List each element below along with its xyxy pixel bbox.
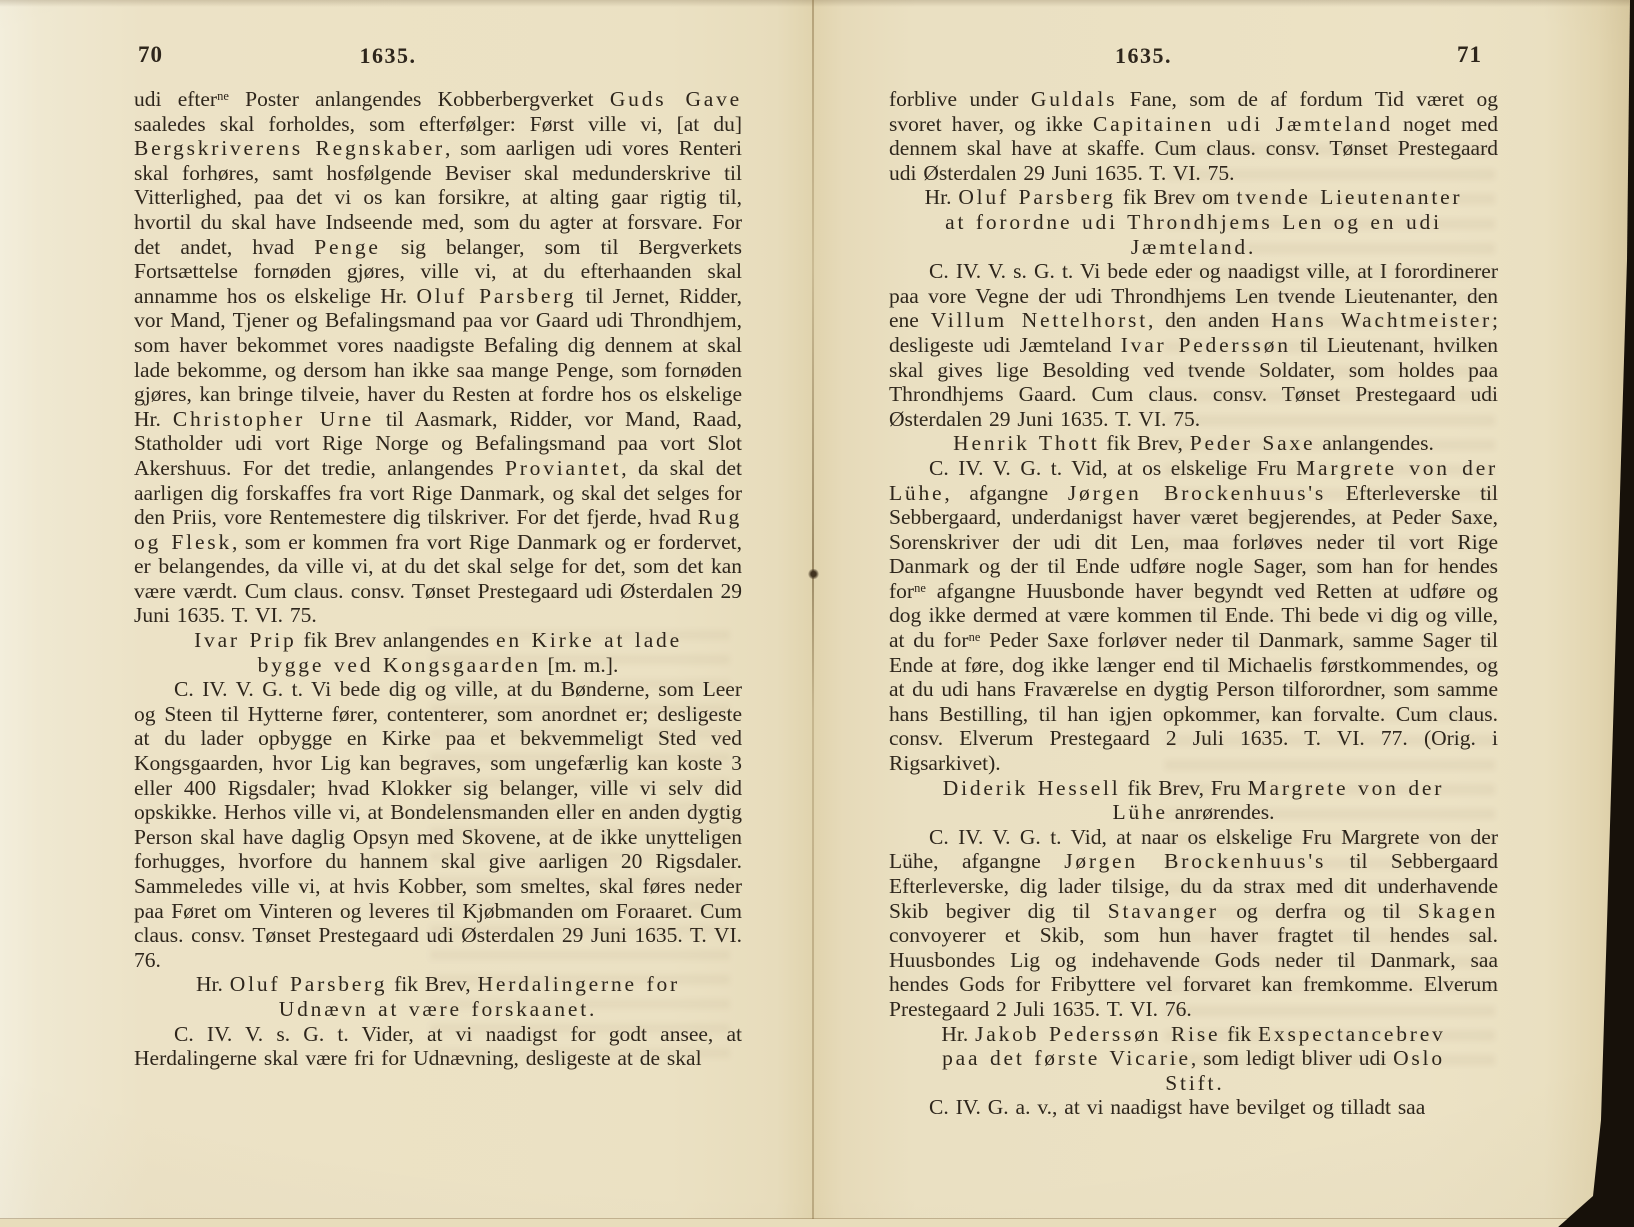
letterspaced-name: Bergskriverens Regnskaber [134,136,445,160]
letterspaced-name: Guds Gave [610,87,742,111]
text-run: fik Brev anlangendes [297,628,496,652]
text-run: Hr. [196,972,230,996]
section-heading: Ivar Prip fik Brev anlangendes en Kirke … [134,628,742,677]
letterspaced-name: Stavanger [1108,899,1219,923]
section-heading: Diderik Hessell fik Brev, Fru Margrete v… [889,776,1498,825]
paragraph: C. IV. V. s. G. t. Vider, at vi naadigst… [134,1022,742,1071]
text-run: Poster anlangendes Kobberbergverket [229,87,610,111]
text-run: anrørendes. [1168,800,1275,824]
section-heading: Hr. Oluf Parsberg fik Brev om tvende Lie… [889,185,1498,259]
paragraph: forblive under Guldals Fane, som de af f… [889,87,1498,185]
paragraph: C. IV. G. a. v., at vi naadigst have bev… [889,1095,1498,1120]
letterspaced-name: Skagen [1418,899,1498,923]
text-run: , den anden [1148,308,1271,332]
text-run: fik Brev, Fru [1121,776,1248,800]
text-run: [m. m.]. [541,653,619,677]
stitch-hole [808,569,819,579]
text-run: , afgangne [944,481,1068,505]
text-run: , som ledigt bliver udi [1191,1046,1393,1070]
text-run: udi efter [134,87,217,111]
running-head-year-right: 1635. [839,43,1448,69]
letterspaced-name: Henrik Thott [953,431,1099,455]
text-run: C. IV. G. a. v., at vi naadigst have bev… [929,1095,1425,1119]
letterspaced-name: Peder Saxe [1190,431,1316,455]
letterspaced-name: Hans Wachtmeister [1271,308,1492,332]
text-run: convoyerer et Skib, som hun haver fragte… [889,923,1498,1021]
abbreviation-superscript: ne [969,630,981,644]
text-run: saaledes skal forholdes, som efterfølger… [134,112,742,136]
book-scan-stage: 70 1635. udi efterne Poster anlangendes … [0,0,1634,1227]
text-run: . [1216,1071,1221,1095]
letterspaced-name: Diderik Hessell [943,776,1121,800]
text-run: anlangendes. [1315,431,1434,455]
letterspaced-name: Villum Nettelhorst [931,308,1148,332]
letterspaced-name: Jørgen Brockenhuus's [1064,849,1326,873]
text-run: C. IV. V. G. t. Vid, at os elskelige Fru [929,456,1296,480]
abbreviation-superscript: ne [914,581,926,595]
paragraph: C. IV. V. G. t. Vid, at os elskelige Fru… [889,456,1498,776]
under-leaf-edge [0,1219,1584,1227]
text-run: Hr. [925,185,959,209]
book-spread: 70 1635. udi efterne Poster anlangendes … [0,0,1634,1227]
text-run: forblive under [889,87,1031,111]
paragraph: C. IV. V. s. G. t. Vi bede eder og naadi… [889,259,1498,431]
gutter-fold-line [812,0,814,1227]
page-left-header: 70 1635. [134,40,742,87]
letterspaced-name: Christopher Urne [173,407,374,431]
page-left: 70 1635. udi efterne Poster anlangendes … [134,40,742,1071]
section-heading: Hr. Oluf Parsberg fik Brev, Herdalingern… [134,972,742,1021]
text-run: C. IV. V. G. t. Vi bede dig og ville, at… [134,677,742,972]
text-run: C. IV. V. s. G. t. Vider, at vi naadigst… [134,1022,742,1071]
letterspaced-name: Guldals [1031,87,1117,111]
section-heading: Henrik Thott fik Brev, Peder Saxe anlang… [889,431,1498,456]
page-number-right: 71 [1457,42,1482,68]
text-run: fik Brev, [1099,431,1189,455]
text-run: fik Brev om [1116,185,1237,209]
page-body: udi efterne Poster anlangendes Kobberber… [134,87,742,1071]
letterspaced-name: Penge [314,235,381,259]
paragraph: C. IV. V. G. t. Vid, at naar os elskelig… [889,825,1498,1022]
page-right: 1635. 71 forblive under Guldals Fane, so… [889,40,1498,1120]
page-right-header: 1635. 71 [889,40,1498,87]
letterspaced-name: Jørgen Brockenhuus's [1068,481,1326,505]
abbreviation-superscript: ne [217,89,229,103]
paragraph: C. IV. V. G. t. Vi bede dig og ville, at… [134,677,742,972]
text-run: og derfra og til [1219,899,1418,923]
letterspaced-name: Ivar Pederssøn [1121,333,1291,357]
letterspaced-name: Capitainen udi Jæmteland [1093,112,1393,136]
letterspaced-name: Oluf Parsberg [416,284,576,308]
text-run: fik [1220,1022,1258,1046]
letterspaced-name: Proviantet [505,456,621,480]
text-run: Peder Saxe forløver neder til Danmark, s… [889,628,1498,775]
letterspaced-name: Jakob Pederssøn Rise [975,1022,1220,1046]
page-body: forblive under Guldals Fane, som de af f… [889,87,1498,1120]
letterspaced-name: Oluf Parsberg [230,972,387,996]
letterspaced-name: Oluf Parsberg [958,185,1115,209]
running-head-year-left: 1635. [84,43,692,69]
letterspaced-name: Ivar Prip [194,628,296,652]
text-run: Hr. [941,1022,975,1046]
text-run: fik Brev, [387,972,477,996]
section-heading: Hr. Jakob Pederssøn Rise fik Exspectance… [889,1022,1498,1096]
paragraph: udi efterne Poster anlangendes Kobberber… [134,87,742,628]
